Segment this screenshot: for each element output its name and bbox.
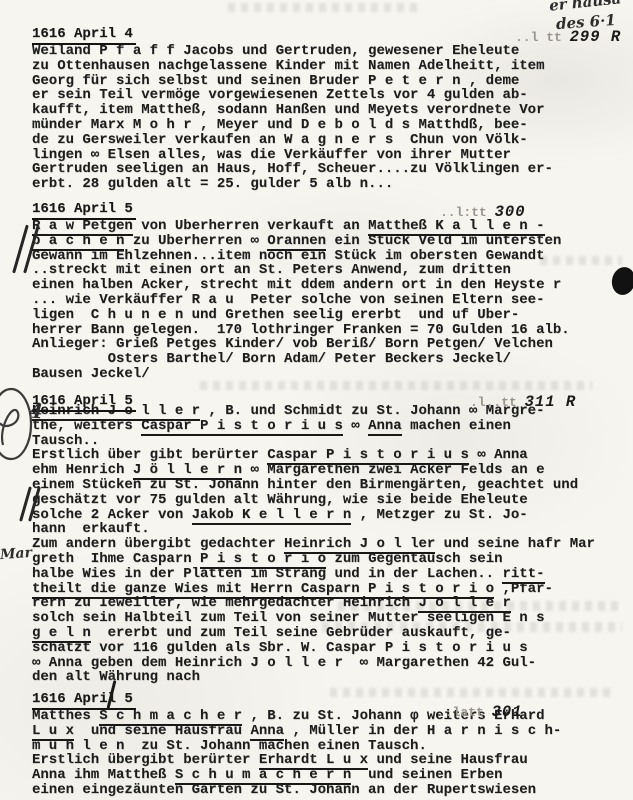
margin-number: 4 (28, 399, 43, 424)
record-entry: 1616 April 4..l tt 299 RWeiland P f a f … (32, 24, 632, 192)
text-line: den alt Währung nach (32, 670, 632, 685)
text-line: de zu Gersweiler verkaufen an W a g n e … (32, 133, 632, 148)
folio-reference: ..l:tt 300 (440, 203, 526, 221)
record-entry: 1616 April 5..l:tt 300R a w Petgen von U… (32, 199, 632, 382)
text-line: rern zu Ieweiller, wie mehrgedachter Hei… (32, 596, 632, 611)
text-line: herrer Bann gelegen. 170 lothringer Fran… (32, 323, 632, 338)
text-line: halbe Wies in der Platten im Strang und … (32, 567, 632, 582)
margin-word: Mar (0, 545, 32, 563)
text-line: ∞ Anna geben dem Heinrich J o l l e r ∞ … (32, 656, 632, 671)
text-line: Tausch.. (32, 434, 632, 449)
text-line: greth Ihme Casparn P i s t o r i o zum G… (32, 552, 632, 567)
text-line: hann erkauft. (32, 522, 632, 537)
text-line: solche 2 Acker von Jakob K e l l e r n ,… (32, 508, 632, 523)
entry-date: 1616 April 5 (32, 691, 136, 710)
text-line: einen halben Acker, strecht mit ddem and… (32, 278, 632, 293)
text-line: Gewann im Ehlzehnen...item noch ein Stüc… (32, 249, 632, 264)
text-line: ehm Henrich J ö l l e r n ∞ Margarethen … (32, 463, 632, 478)
text-line: L u x und seine Hausfrau Anna , Müller i… (32, 724, 632, 739)
text-line: Zum andern übergibt gedachter Heinrich J… (32, 537, 632, 552)
margin-sigil (0, 385, 35, 463)
text-line: zu Ottenhausen nachgelassene Kinder mit … (32, 59, 632, 74)
bleed-through-smudge (228, 3, 423, 12)
text-line: m ü h l e n zu St. Johann machen einen T… (32, 739, 632, 754)
text-line: einen eingezäunten Garten zu St. Johann … (32, 783, 632, 798)
record-entry: 1616 April 5.l..tt 311 RHeinrich J o l l… (32, 391, 632, 685)
margin-tally-mark (22, 486, 44, 522)
bleed-through-smudge (200, 381, 592, 390)
text-line: Erstlich über gibt berürter Caspar P i s… (32, 448, 632, 463)
entry-date: 1616 April 4 (32, 26, 136, 45)
text-line: Anlieger: Grieß Petges Kinder/ vob Beriß… (32, 337, 632, 352)
text-line: kaufft, item Mattheß, sodann Hanßen und … (32, 103, 632, 118)
entry-date: 1616 April 5 (32, 201, 136, 220)
text-line: solch sein Halbteil zum Teil von seiner … (32, 611, 632, 626)
text-line: münder Marx M o h r , Meyer und D e b o … (32, 118, 632, 133)
record-entry: 1616 April 5..latt 301Matthes S c h m a … (32, 689, 632, 798)
margin-tally-mark (16, 224, 42, 274)
text-line: geschätzt vor 75 gulden alt Währung, wie… (32, 493, 632, 508)
text-line: ... wie Verkäuffer R a u Peter solche vo… (32, 293, 632, 308)
text-line: schätzt vor 116 gulden als Sbr. W. Caspa… (32, 641, 632, 656)
text-line: R a w Petgen von Uberherren verkauft an … (32, 219, 632, 234)
text-line: Georg für sich selbst und seinen Bruder … (32, 74, 632, 89)
underlined-name: Caspar P i s t o r i u s (141, 418, 343, 436)
text-line: er sein Teil vermöge vorgewiesenen Zette… (32, 88, 632, 103)
text-line: Erstlich übergibt berürter Erhardt L u x… (32, 753, 632, 768)
folio-reference: .l..tt 311 R (470, 393, 576, 411)
text-line: Matthes S c h m a c h e r , B. zu St. Jo… (32, 709, 632, 724)
text-line: ligen C h u n e n und Grethen seelig ere… (32, 308, 632, 323)
text-line: the, weiters Caspar P i s t o r i u s ∞ … (32, 419, 632, 434)
text-line: Gertruden seeligen an Haus, Hoff, Scheue… (32, 162, 632, 177)
text-line: b a c h e n zu Uberherren ∞ Orannen ein … (32, 234, 632, 249)
text-line: Osters Barthel/ Born Adam/ Peter Beckers… (32, 352, 632, 367)
entry-date: 1616 April 5 (32, 393, 136, 412)
text-line: Anna ihm Mattheß S c h u m a c h e r n u… (32, 768, 632, 783)
text-line: ..streckt mit einen ort an St. Peters An… (32, 263, 632, 278)
text-line: theilt die ganze Wies mit Herrn Casparn … (32, 582, 632, 597)
underlined-name: Jakob K e l l e r n (192, 507, 352, 525)
text-line: Bausen Jeckel/ (32, 367, 632, 382)
folio-reference: ..latt 301 (437, 703, 523, 721)
text-line: Weiland P f a f f Jacobs und Gertruden, … (32, 44, 632, 59)
underlined-name: Anna (368, 418, 402, 436)
document-page: 1616 April 4..l tt 299 RWeiland P f a f … (0, 0, 633, 800)
text-line: erbt. 28 gulden alt = 25. gulder 5 alb n… (32, 177, 632, 192)
text-line: g e l n ererbt und zum Teil seine Gebrüd… (32, 626, 632, 641)
text-line: einem Stücken zu St. Johann hinter den B… (32, 478, 632, 493)
text-line: lingen ∞ Elsen alles, was die Verkäuffer… (32, 148, 632, 163)
